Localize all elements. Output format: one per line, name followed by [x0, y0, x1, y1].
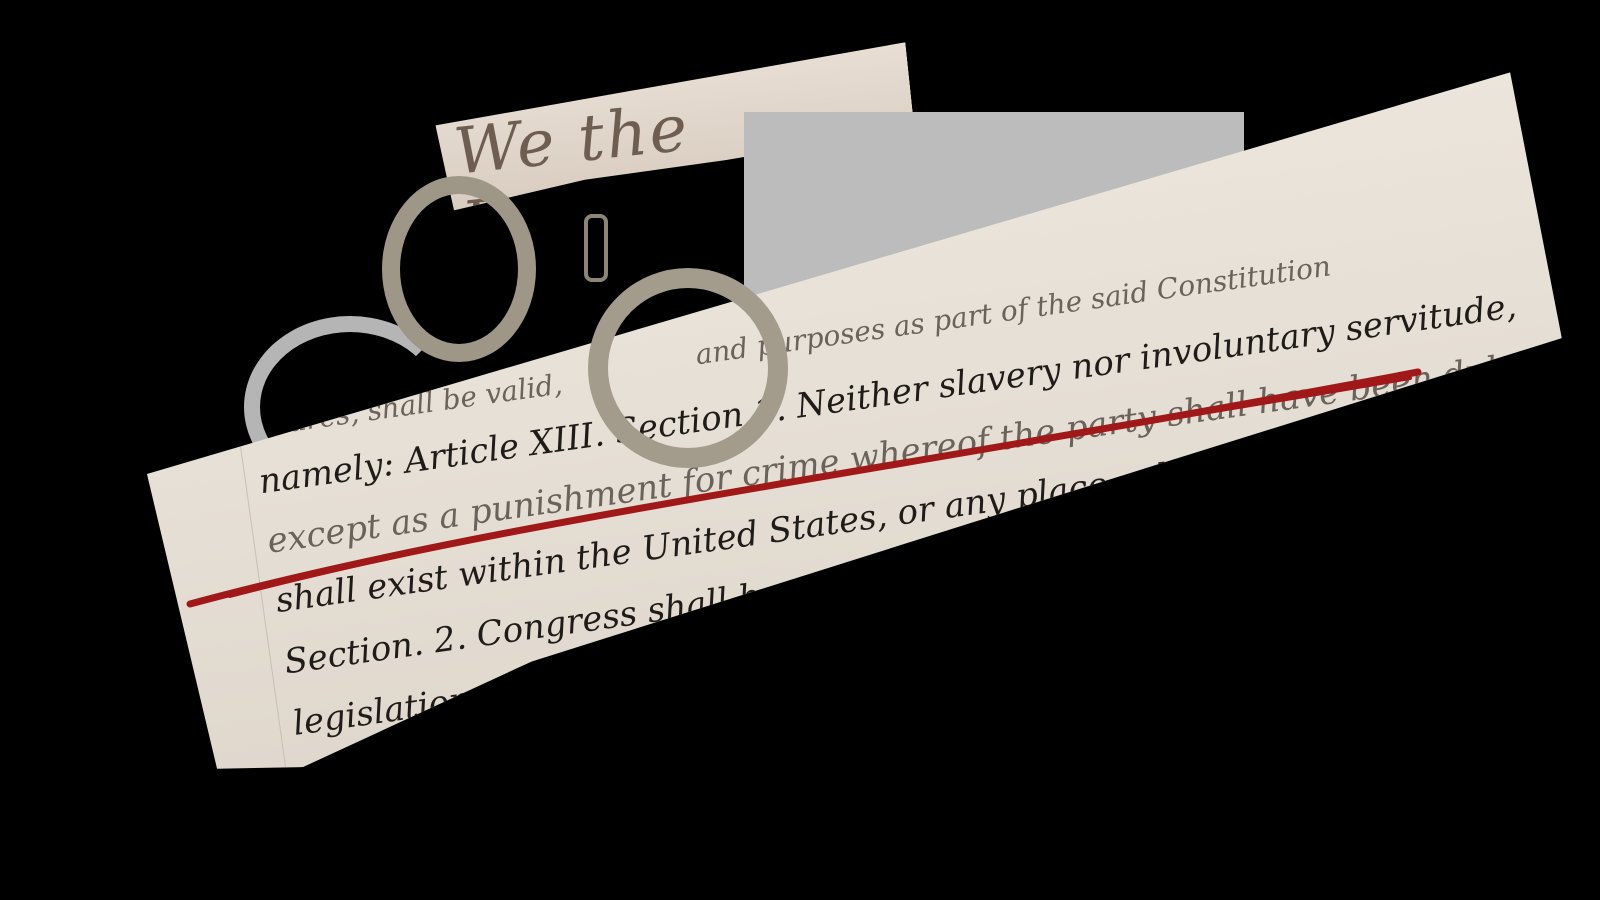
handcuff-right [588, 268, 788, 468]
strikethrough-mark [0, 0, 1600, 900]
handcuff-left [382, 176, 536, 362]
handcuff-chain [584, 214, 608, 282]
